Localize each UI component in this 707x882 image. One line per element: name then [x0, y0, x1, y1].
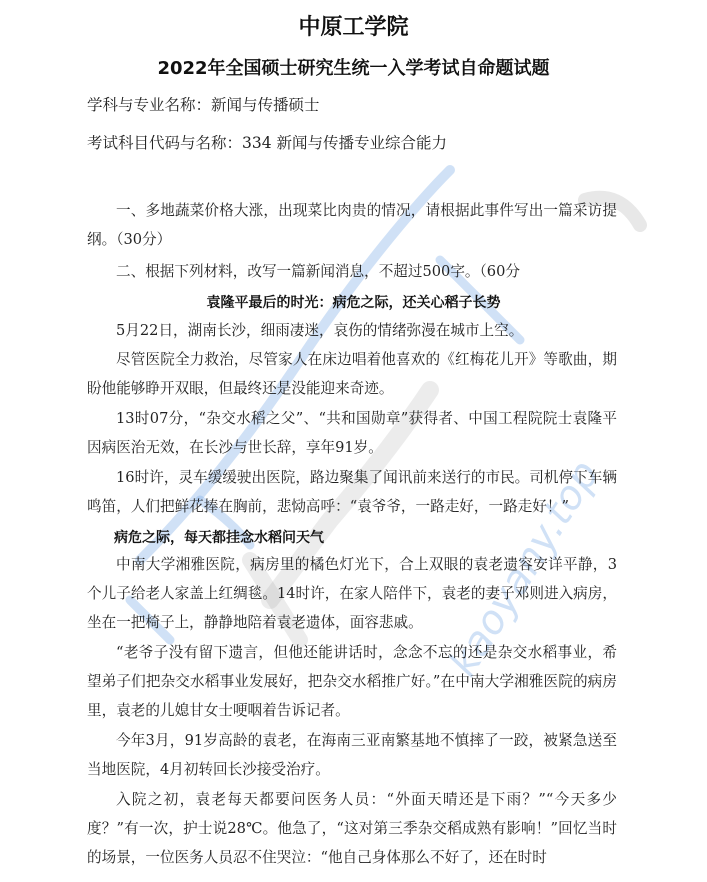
question-1: 一、多地蔬菜价格大涨，出现菜比肉贵的情况，请根据此事件写出一篇采访提纲。（30分… [87, 196, 617, 254]
document-page: kaoyany.top 中原工学院 2022年全国硕士研究生统一入学考试自命题试… [0, 0, 707, 882]
course-code-name: 考试科目代码与名称：334 新闻与传播专业综合能力 [87, 131, 447, 153]
school-name: 中原工学院 [0, 10, 707, 41]
article-paragraph: 入院之初，袁老每天都要问医务人员：“外面天晴还是下雨？”“今天多少度？”有一次，… [87, 785, 617, 872]
article-paragraph: 中南大学湘雅医院，病房里的橘色灯光下，合上双眼的袁老遗容安详平静，3个儿子给老人… [87, 550, 617, 637]
article-paragraph: 尽管医院全力救治，尽管家人在床边唱着他喜欢的《红梅花儿开》等歌曲，期盼他能够睁开… [87, 345, 617, 403]
article-paragraph: 5月22日，湖南长沙，细雨凄迷，哀伤的情绪弥漫在城市上空。 [87, 316, 617, 345]
exam-title: 2022年全国硕士研究生统一入学考试自命题试题 [0, 54, 707, 80]
question-2: 二、根据下列材料，改写一篇新闻消息，不超过500字。（60分 [87, 257, 617, 286]
article-title: 袁隆平最后的时光：病危之际，还关心稻子长势 [0, 292, 707, 312]
article-paragraph: 今年3月，91岁高龄的袁老，在海南三亚南繁基地不慎摔了一跤，被紧急送至当地医院，… [87, 726, 617, 784]
article-subheading: 病危之际，每天都挂念水稻问天气 [114, 527, 324, 547]
article-paragraph: “老爷子没有留下遗言，但他还能讲话时，念念不忘的还是杂交水稻事业，希望弟子们把杂… [87, 638, 617, 725]
subject-name: 学科与专业名称：新闻与传播硕士 [87, 93, 320, 115]
article-paragraph: 16时许，灵车缓缓驶出医院，路边聚集了闻讯前来送行的市民。司机停下车辆鸣笛，人们… [87, 463, 617, 521]
article-paragraph: 13时07分，“杂交水稻之父”、“共和国勋章”获得者、中国工程院院士袁隆平因病医… [87, 404, 617, 462]
